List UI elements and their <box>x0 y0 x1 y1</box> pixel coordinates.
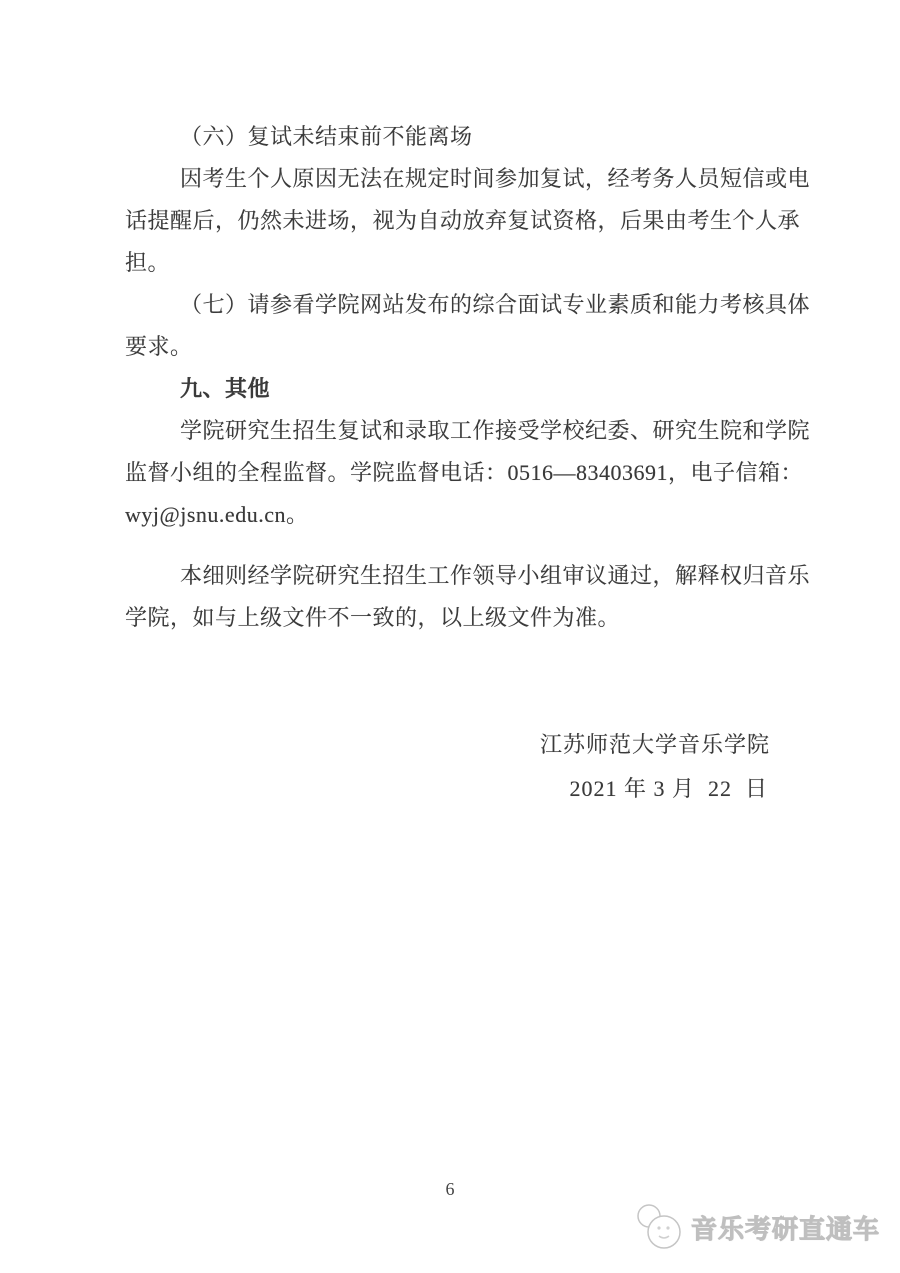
doc-line: （七）请参看学院网站发布的综合面试专业素质和能力考核具体 <box>125 284 787 326</box>
signature-date: 2021 年 3 月 22 日 <box>569 776 768 802</box>
doc-line: wyj@jsnu.edu.cn。 <box>125 494 787 536</box>
watermark-text: 音乐考研直通车 <box>691 1209 880 1246</box>
doc-line: 学院研究生招生复试和录取工作接受学校纪委、研究生院和学院 <box>125 410 787 452</box>
watermark: 音乐考研直通车 <box>633 1202 880 1252</box>
document-page: （六）复试未结束前不能离场 因考生个人原因无法在规定时间参加复试，经考务人员短信… <box>0 0 900 1273</box>
doc-line: 监督小组的全程监督。学院监督电话：0516—83403691，电子信箱： <box>125 452 787 494</box>
doc-line: 本细则经学院研究生招生工作领导小组审议通过，解释权归音乐 <box>125 555 787 597</box>
document-body: （六）复试未结束前不能离场 因考生个人原因无法在规定时间参加复试，经考务人员短信… <box>125 116 787 639</box>
page-number: 6 <box>0 1179 900 1200</box>
doc-heading-other: 九、其他 <box>125 368 787 410</box>
watermark-logo-icon <box>633 1202 685 1252</box>
doc-line: 要求。 <box>125 326 787 368</box>
doc-line: 因考生个人原因无法在规定时间参加复试，经考务人员短信或电 <box>125 158 787 200</box>
doc-line: 话提醒后，仍然未进场，视为自动放弃复试资格，后果由考生个人承 <box>125 200 787 242</box>
signature-organization: 江苏师范大学音乐学院 <box>540 732 770 758</box>
doc-line: 学院，如与上级文件不一致的，以上级文件为准。 <box>125 597 787 639</box>
doc-line: （六）复试未结束前不能离场 <box>125 116 787 158</box>
doc-line: 担。 <box>125 242 787 284</box>
